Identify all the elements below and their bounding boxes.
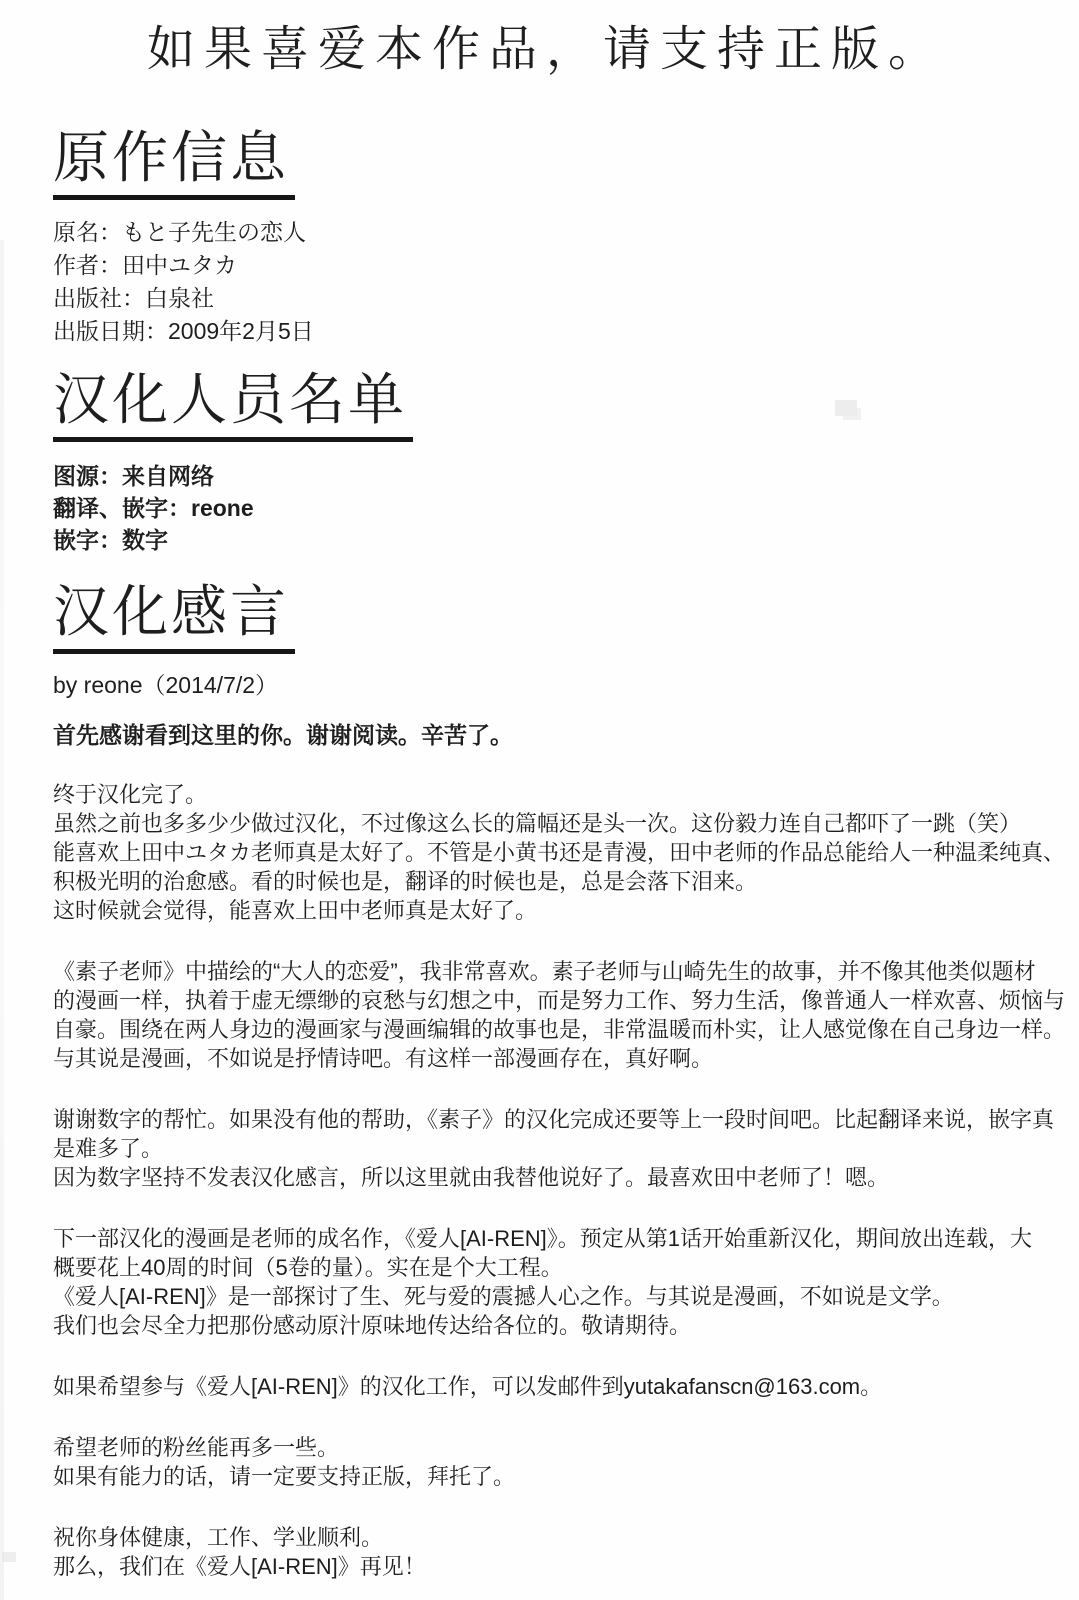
text-line: 概要花上40周的时间（5卷的量）。实在是个大工程。	[53, 1253, 1039, 1282]
text-line: 希望老师的粉丝能再多一些。	[53, 1433, 1039, 1462]
afterword-heading: 汉化感言	[53, 580, 295, 654]
afterword-paragraph: 终于汉化完了。虽然之前也多多少少做过汉化，不过像这么长的篇幅还是头一次。这份毅力…	[53, 780, 1039, 925]
section-original-info: 原作信息 原名：もと子先生の恋人作者：田中ユタカ出版社：白泉社出版日期：2009…	[53, 126, 1039, 348]
text-line: 这时候就会觉得，能喜欢上田中老师真是太好了。	[53, 896, 1039, 925]
text-line: 虽然之前也多多少少做过汉化，不过像这么长的篇幅还是头一次。这份毅力连自己都吓了一…	[53, 809, 1039, 838]
text-line: 能喜欢上田中ユタカ老师真是太好了。不管是小黄书还是青漫，田中老师的作品总能给人一…	[53, 838, 1039, 867]
staff-list-heading: 汉化人员名单	[53, 368, 413, 442]
text-line: 如果有能力的话，请一定要支持正版，拜托了。	[53, 1462, 1039, 1491]
original-info-heading: 原作信息	[53, 126, 295, 200]
section-staff-list: 汉化人员名单 图源：来自网络翻译、嵌字：reone嵌字：数字	[53, 368, 1039, 556]
text-line: 自豪。围绕在两人身边的漫画家与漫画编辑的故事也是，非常温暖而朴实，让人感觉像在自…	[53, 1015, 1039, 1044]
afterword-paragraph: 希望老师的粉丝能再多一些。如果有能力的话，请一定要支持正版，拜托了。	[53, 1433, 1039, 1491]
text-line: 因为数字坚持不发表汉化感言，所以这里就由我替他说好了。最喜欢田中老师了！嗯。	[53, 1163, 1039, 1192]
afterword-paragraph: 谢谢数字的帮忙。如果没有他的帮助，《素子》的汉化完成还要等上一段时间吧。比起翻译…	[53, 1105, 1039, 1192]
afterword-lead: 首先感谢看到这里的你。谢谢阅读。辛苦了。	[53, 720, 1039, 750]
text-line: 的漫画一样，执着于虚无缥缈的哀愁与幻想之中，而是努力工作、努力生活，像普通人一样…	[53, 986, 1039, 1015]
staff-list: 图源：来自网络翻译、嵌字：reone嵌字：数字	[53, 460, 1039, 556]
text-line: 出版社：白泉社	[53, 282, 1039, 315]
text-line: 我们也会尽全力把那份感动原汁原味地传达给各位的。敬请期待。	[53, 1311, 1039, 1340]
text-line: 是难多了。	[53, 1134, 1039, 1163]
afterword-paragraphs: 终于汉化完了。虽然之前也多多少少做过汉化，不过像这么长的篇幅还是头一次。这份毅力…	[53, 780, 1039, 1581]
text-line: 嵌字：数字	[53, 524, 1039, 556]
text-line: 那么，我们在《爱人[AI-REN]》再见！	[53, 1552, 1039, 1581]
text-line: 出版日期：2009年2月5日	[53, 315, 1039, 348]
text-line: 下一部汉化的漫画是老师的成名作，《爱人[AI-REN]》。预定从第1话开始重新汉…	[53, 1224, 1039, 1253]
text-line: 终于汉化完了。	[53, 780, 1039, 809]
text-line: 谢谢数字的帮忙。如果没有他的帮助，《素子》的汉化完成还要等上一段时间吧。比起翻译…	[53, 1105, 1039, 1134]
text-line: 原名：もと子先生の恋人	[53, 216, 1039, 249]
text-line: 祝你身体健康，工作、学业顺利。	[53, 1523, 1039, 1552]
text-line: 图源：来自网络	[53, 460, 1039, 492]
text-line: 如果希望参与《爱人[AI-REN]》的汉化工作，可以发邮件到yutakafans…	[53, 1372, 1039, 1401]
text-line: 积极光明的治愈感。看的时候也是，翻译的时候也是，总是会落下泪来。	[53, 867, 1039, 896]
text-line: 与其说是漫画，不如说是抒情诗吧。有这样一部漫画存在，真好啊。	[53, 1044, 1039, 1073]
section-afterword: 汉化感言 by reone（2014/7/2） 首先感谢看到这里的你。谢谢阅读。…	[53, 580, 1039, 1581]
afterword-byline: by reone（2014/7/2）	[53, 670, 1039, 700]
afterword-paragraph: 祝你身体健康，工作、学业顺利。那么，我们在《爱人[AI-REN]》再见！	[53, 1523, 1039, 1581]
text-line: 《素子老师》中描绘的“大人的恋爱”，我非常喜欢。素子老师与山崎先生的故事，并不像…	[53, 957, 1039, 986]
text-line: 《爱人[AI-REN]》是一部探讨了生、死与爱的震撼人心之作。与其说是漫画，不如…	[53, 1282, 1039, 1311]
page-content: 如果喜爱本作品，请支持正版。 原作信息 原名：もと子先生の恋人作者：田中ユタカ出…	[0, 0, 1079, 1581]
afterword-paragraph: 下一部汉化的漫画是老师的成名作，《爱人[AI-REN]》。预定从第1话开始重新汉…	[53, 1224, 1039, 1340]
credits-page: 如果喜爱本作品，请支持正版。 原作信息 原名：もと子先生の恋人作者：田中ユタカ出…	[0, 0, 1079, 1600]
text-line: 翻译、嵌字：reone	[53, 492, 1039, 524]
text-line: 作者：田中ユタカ	[53, 249, 1039, 282]
support-official-notice: 如果喜爱本作品，请支持正版。	[53, 0, 1039, 78]
afterword-paragraph: 如果希望参与《爱人[AI-REN]》的汉化工作，可以发邮件到yutakafans…	[53, 1372, 1039, 1401]
afterword-paragraph: 《素子老师》中描绘的“大人的恋爱”，我非常喜欢。素子老师与山崎先生的故事，并不像…	[53, 957, 1039, 1073]
original-info-list: 原名：もと子先生の恋人作者：田中ユタカ出版社：白泉社出版日期：2009年2月5日	[53, 216, 1039, 348]
